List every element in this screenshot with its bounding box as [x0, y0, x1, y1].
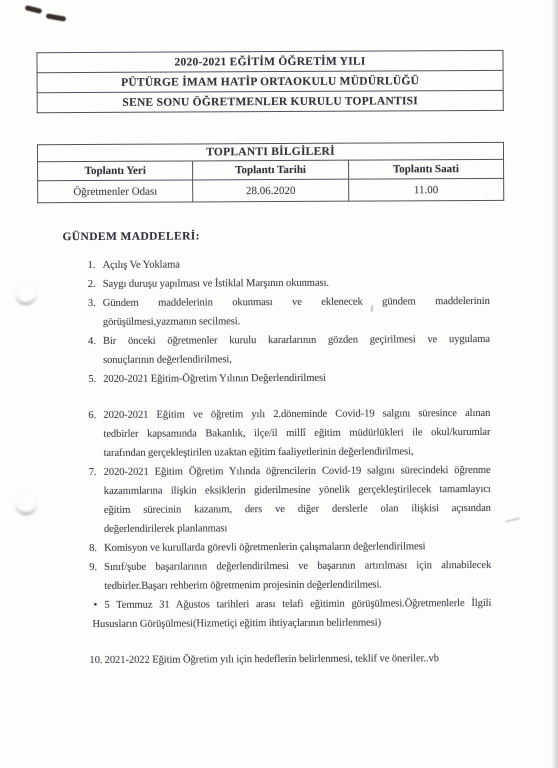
item-text: eğitim sürecinin kazanım, ders ve diğer …	[104, 499, 491, 520]
list-item: 8. Komisyon ve kurullarda görevli öğretm…	[71, 537, 491, 558]
item-text: 2020-2021 Eğitim ve öğretim yılı 2.dönem…	[103, 404, 490, 425]
hole-punch-shadow	[15, 283, 37, 305]
item-text: tedbirler kapsamında Bakanlık, ilçe/il m…	[103, 423, 490, 444]
item-text: Bir önceki öğretmenler kurulu kararların…	[103, 330, 490, 351]
list-item: 4. Bir önceki öğretmenler kurulu kararla…	[70, 330, 490, 370]
item-text: 2021-2022 Eğitim Öğretim yılı için hedef…	[105, 649, 492, 670]
agenda-list: 1. Açılış Ve Yoklama 2. Saygı duruşu yap…	[70, 254, 492, 670]
item-text: Komisyon ve kurullarda görevli öğretmenl…	[104, 537, 491, 558]
column-header-time: Toplantı Saati	[348, 159, 503, 179]
item-number: 10.	[72, 651, 105, 670]
item-number: 4.	[70, 332, 103, 370]
list-item: • 5 Temmuz 31 Ağustos tarihleri arası te…	[71, 594, 491, 634]
table-row: PÜTÜRGE İMAM HATİP ORTAOKULU MÜDÜRLÜĞÜ	[37, 70, 503, 92]
list-item: 5. 2020-2021 Eğitim-Öğretim Yılının Değe…	[70, 368, 490, 389]
item-text: sonuçlarının değerlendirilmesi,	[103, 349, 490, 370]
meeting-time-value: 11.00	[348, 178, 503, 201]
title-line-school-name: PÜTÜRGE İMAM HATİP ORTAOKULU MÜDÜRLÜĞÜ	[37, 70, 503, 92]
item-number: 3.	[70, 294, 103, 332]
item-text: kazanımlarına ilişkin eksiklerin gideril…	[104, 480, 491, 501]
column-header-place: Toplantı Yeri	[38, 161, 193, 181]
list-item: 7. 2020-2021 Eğitim Öğretim Yılında öğre…	[71, 461, 491, 539]
title-line-school-year: 2020-2021 EĞİTİM ÖĞRETİM YILI	[37, 50, 503, 72]
list-item: 10. 2021-2022 Eğitim Öğretim yılı için h…	[72, 649, 492, 670]
meeting-info-table: TOPLANTI BİLGİLERİ Toplantı Yeri Toplant…	[37, 142, 504, 203]
list-item: 6. 2020-2021 Eğitim ve öğretim yılı 2.dö…	[70, 404, 490, 463]
item-number: 2.	[70, 275, 103, 294]
item-text: Sınıf/şube başarılarının değerlendirilme…	[104, 556, 491, 577]
item-number: 1.	[70, 256, 103, 275]
document-content: 2020-2021 EĞİTİM ÖĞRETİM YILI PÜTÜRGE İM…	[0, 0, 558, 768]
list-item: 1. Açılış Ve Yoklama	[70, 254, 490, 275]
item-text: 2020-2021 Eğitim Öğretim Yılında öğrenci…	[104, 461, 491, 482]
scanned-document-page: 2020-2021 EĞİTİM ÖĞRETİM YILI PÜTÜRGE İM…	[0, 0, 558, 768]
list-item: 2. Saygı duruşu yapılması ve İstiklal Ma…	[70, 273, 490, 294]
item-text: Açılış Ve Yoklama	[103, 254, 490, 275]
item-text: tarafından gerçekleştirilen uzaktan eğit…	[104, 442, 491, 463]
item-text: değerlendirilerek planlanması	[104, 518, 491, 539]
item-text: Saygı duruşu yapılması ve İstiklal Marşı…	[103, 273, 490, 294]
title-line-meeting-name: SENE SONU ÖĞRETMENLER KURULU TOPLANTISI	[37, 90, 503, 112]
meeting-place-value: Öğretmenler Odası	[38, 180, 193, 203]
item-text: 2020-2021 Eğitim-Öğretim Yılının Değerle…	[103, 368, 490, 389]
document-title-table: 2020-2021 EĞİTİM ÖĞRETİM YILI PÜTÜRGE İM…	[36, 50, 503, 113]
table-row: Öğretmenler Odası 28.06.2020 11.00	[38, 178, 504, 202]
meeting-date-value: 28.06.2020	[193, 179, 348, 202]
item-text: görüşülmesi,yazmanın secilmesi.	[103, 311, 490, 332]
item-number: 7.	[71, 463, 104, 539]
item-number: 9.	[71, 558, 104, 596]
table-row: Toplantı Yeri Toplantı Tarihi Toplantı S…	[38, 159, 504, 180]
scan-edge-shadow	[551, 0, 558, 768]
item-text: Hususların Görüşülmesi(Hizmetiçi eğitim …	[92, 613, 491, 634]
item-number: 6.	[70, 406, 103, 463]
item-number: 5.	[70, 370, 103, 389]
list-item: 3. Gündem maddelerinin okunması ve eklen…	[70, 292, 490, 332]
item-text: 5 Temmuz 31 Ağustos tarihleri arası tela…	[104, 594, 491, 615]
table-row: 2020-2021 EĞİTİM ÖĞRETİM YILI	[37, 50, 503, 72]
list-item: 9. Sınıf/şube başarılarının değerlendiri…	[71, 556, 491, 596]
item-text: tedbirler.Başarı rehberim öğretmenim pro…	[104, 575, 491, 596]
hole-punch-shadow	[15, 493, 37, 515]
agenda-heading: GÜNDEM MADDELERİ:	[62, 230, 200, 243]
item-text: Gündem maddelerinin okunması ve eklenece…	[103, 292, 490, 313]
table-row: SENE SONU ÖĞRETMENLER KURULU TOPLANTISI	[37, 90, 503, 112]
item-number: 8.	[71, 539, 104, 558]
column-header-date: Toplantı Tarihi	[193, 160, 348, 180]
